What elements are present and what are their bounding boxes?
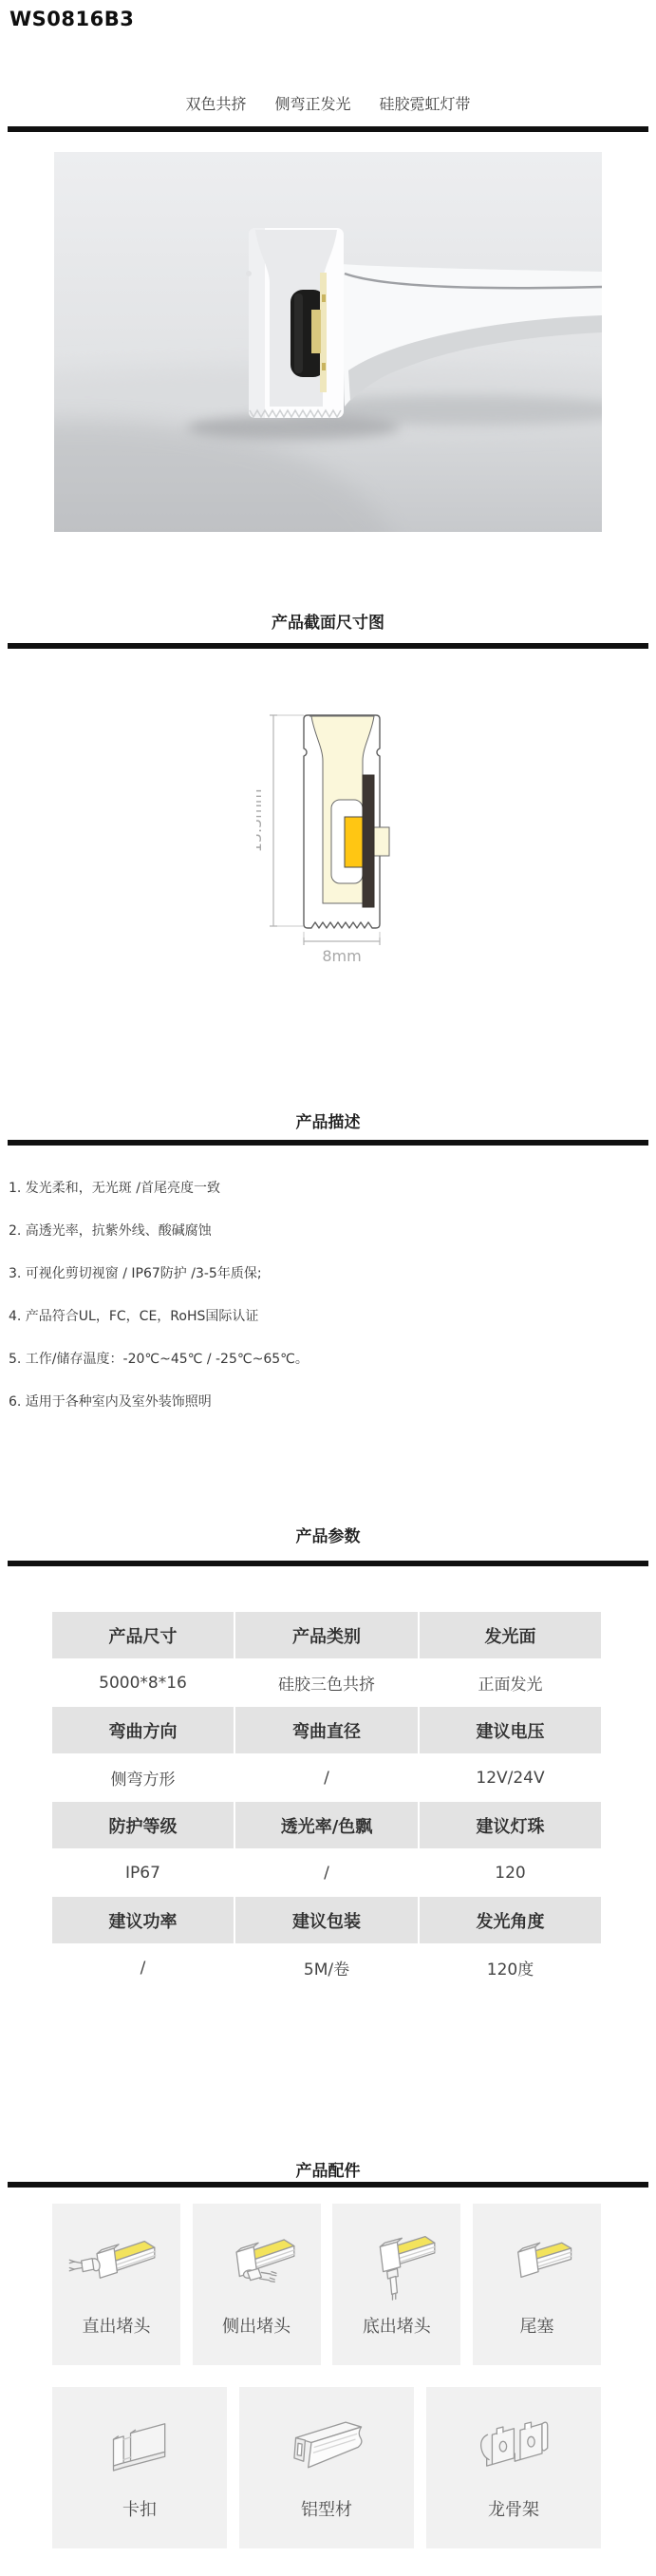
accessory-card: 卡扣	[52, 2387, 227, 2548]
pcb-contact	[322, 294, 326, 302]
product-model-title: WS0816B3	[9, 8, 134, 30]
param-value: /	[235, 1753, 418, 1802]
end-cap-bottom-icon	[340, 2226, 454, 2301]
description-item: 1. 发光柔和，无光斑 /首尾亮度一致	[9, 1180, 309, 1198]
param-header: 建议包装	[235, 1897, 418, 1943]
section-divider	[8, 1561, 648, 1566]
accessory-label: 尾塞	[519, 2313, 553, 2338]
param-header: 建议电压	[420, 1707, 601, 1753]
section-divider	[8, 2182, 648, 2188]
subtitle-part: 双色共挤	[185, 92, 246, 114]
profile-shadow	[187, 415, 400, 440]
section-title-cross-section: 产品截面尺寸图	[0, 609, 656, 633]
accessory-card: 尾塞	[473, 2204, 601, 2365]
subtitle-part: 侧弯正发光	[274, 92, 350, 114]
param-value: /	[235, 1848, 418, 1897]
accessories-row-1: 直出堵头 侧出堵头	[52, 2204, 601, 2365]
led-chip	[345, 817, 364, 867]
description-item: 2. 高透光率，抗紫外线、酸碱腐蚀	[9, 1222, 309, 1241]
accessory-card: 铝型材	[239, 2387, 414, 2548]
end-cap-side-icon	[199, 2226, 313, 2301]
subtitle-part: 硅胶霓虹灯带	[380, 92, 471, 114]
pcb-gold-pad	[311, 310, 321, 353]
description-item: 3. 可视化剪切视窗 / IP67防护 /3-5年质保;	[9, 1265, 309, 1283]
pcb-strip	[320, 273, 327, 392]
description-item: 6. 适用于各种室内及室外装饰照明	[9, 1393, 309, 1411]
param-header: 弯曲直径	[235, 1707, 418, 1753]
param-value: 侧弯方形	[52, 1753, 234, 1802]
product-datasheet-page: WS0816B3 双色共挤 侧弯正发光 硅胶霓虹灯带	[0, 0, 656, 2576]
param-header: 弯曲方向	[52, 1707, 234, 1753]
accessory-label: 龙骨架	[488, 2496, 539, 2521]
param-value: 5M/卷	[235, 1943, 418, 1992]
section-divider	[8, 1140, 648, 1146]
section-divider	[8, 126, 648, 132]
width-dimension-label: 8mm	[322, 947, 361, 965]
end-cap-straight-icon	[60, 2226, 174, 2301]
hero-render	[54, 152, 602, 532]
parameters-table: 产品尺寸 产品类别 发光面 5000*8*16 硅胶三色共挤 正面发光 弯曲方向…	[52, 1612, 601, 1992]
accessory-label: 直出堵头	[83, 2313, 151, 2338]
cross-section-drawing: 15.5mm 8mm	[256, 708, 418, 969]
height-dimension-label: 15.5mm	[256, 789, 265, 853]
pcb-contact	[322, 363, 326, 370]
param-value: IP67	[52, 1848, 234, 1897]
accessory-label: 卡扣	[122, 2496, 157, 2521]
description-item: 4. 产品符合UL，FC，CE，RoHS国际认证	[9, 1308, 309, 1326]
accessory-card: 底出堵头	[332, 2204, 460, 2365]
param-value: 12V/24V	[420, 1753, 601, 1802]
cross-section-diagram: 15.5mm 8mm	[256, 708, 418, 969]
section-title-description: 产品描述	[0, 1108, 656, 1132]
side-window-tab	[374, 827, 389, 856]
pcb-bar	[363, 775, 374, 907]
keel-bracket-icon	[457, 2410, 571, 2484]
section-title-accessories: 产品配件	[0, 2157, 656, 2181]
param-value: 120	[420, 1848, 601, 1897]
accessory-label: 底出堵头	[363, 2313, 431, 2338]
section-divider	[8, 643, 648, 649]
param-header: 产品尺寸	[52, 1612, 234, 1658]
accessory-card: 侧出堵头	[193, 2204, 321, 2365]
hero-product-image	[54, 152, 602, 532]
param-header: 防护等级	[52, 1802, 234, 1848]
profile-notch	[246, 271, 252, 276]
param-value: /	[52, 1943, 234, 1992]
section-title-parameters: 产品参数	[0, 1523, 656, 1546]
profile-left-shade	[249, 228, 265, 418]
param-header: 透光率/色飘	[235, 1802, 418, 1848]
tail-plug-icon	[479, 2226, 593, 2301]
clip-icon	[83, 2410, 197, 2484]
param-header: 产品类别	[235, 1612, 418, 1658]
aluminum-profile-icon	[270, 2410, 384, 2484]
param-value: 正面发光	[420, 1658, 601, 1707]
param-header: 发光面	[420, 1612, 601, 1658]
param-header: 发光角度	[420, 1897, 601, 1943]
param-value: 120度	[420, 1943, 601, 1992]
accessories-row-2: 卡扣 铝型材	[52, 2387, 601, 2548]
param-value: 5000*8*16	[52, 1658, 234, 1707]
accessory-card: 直出堵头	[52, 2204, 180, 2365]
param-header: 建议灯珠	[420, 1802, 601, 1848]
param-header: 建议功率	[52, 1897, 234, 1943]
description-item: 5. 工作/储存温度：-20℃~45℃ / -25℃~65℃。	[9, 1351, 309, 1369]
product-description-list: 1. 发光柔和，无光斑 /首尾亮度一致 2. 高透光率，抗紫外线、酸碱腐蚀 3.…	[9, 1180, 309, 1436]
accessory-label: 侧出堵头	[222, 2313, 291, 2338]
product-subtitle: 双色共挤 侧弯正发光 硅胶霓虹灯带	[0, 92, 656, 114]
param-value: 硅胶三色共挤	[235, 1658, 418, 1707]
accessory-card: 龙骨架	[426, 2387, 601, 2548]
accessory-label: 铝型材	[301, 2496, 352, 2521]
cavity-highlight	[294, 294, 303, 373]
